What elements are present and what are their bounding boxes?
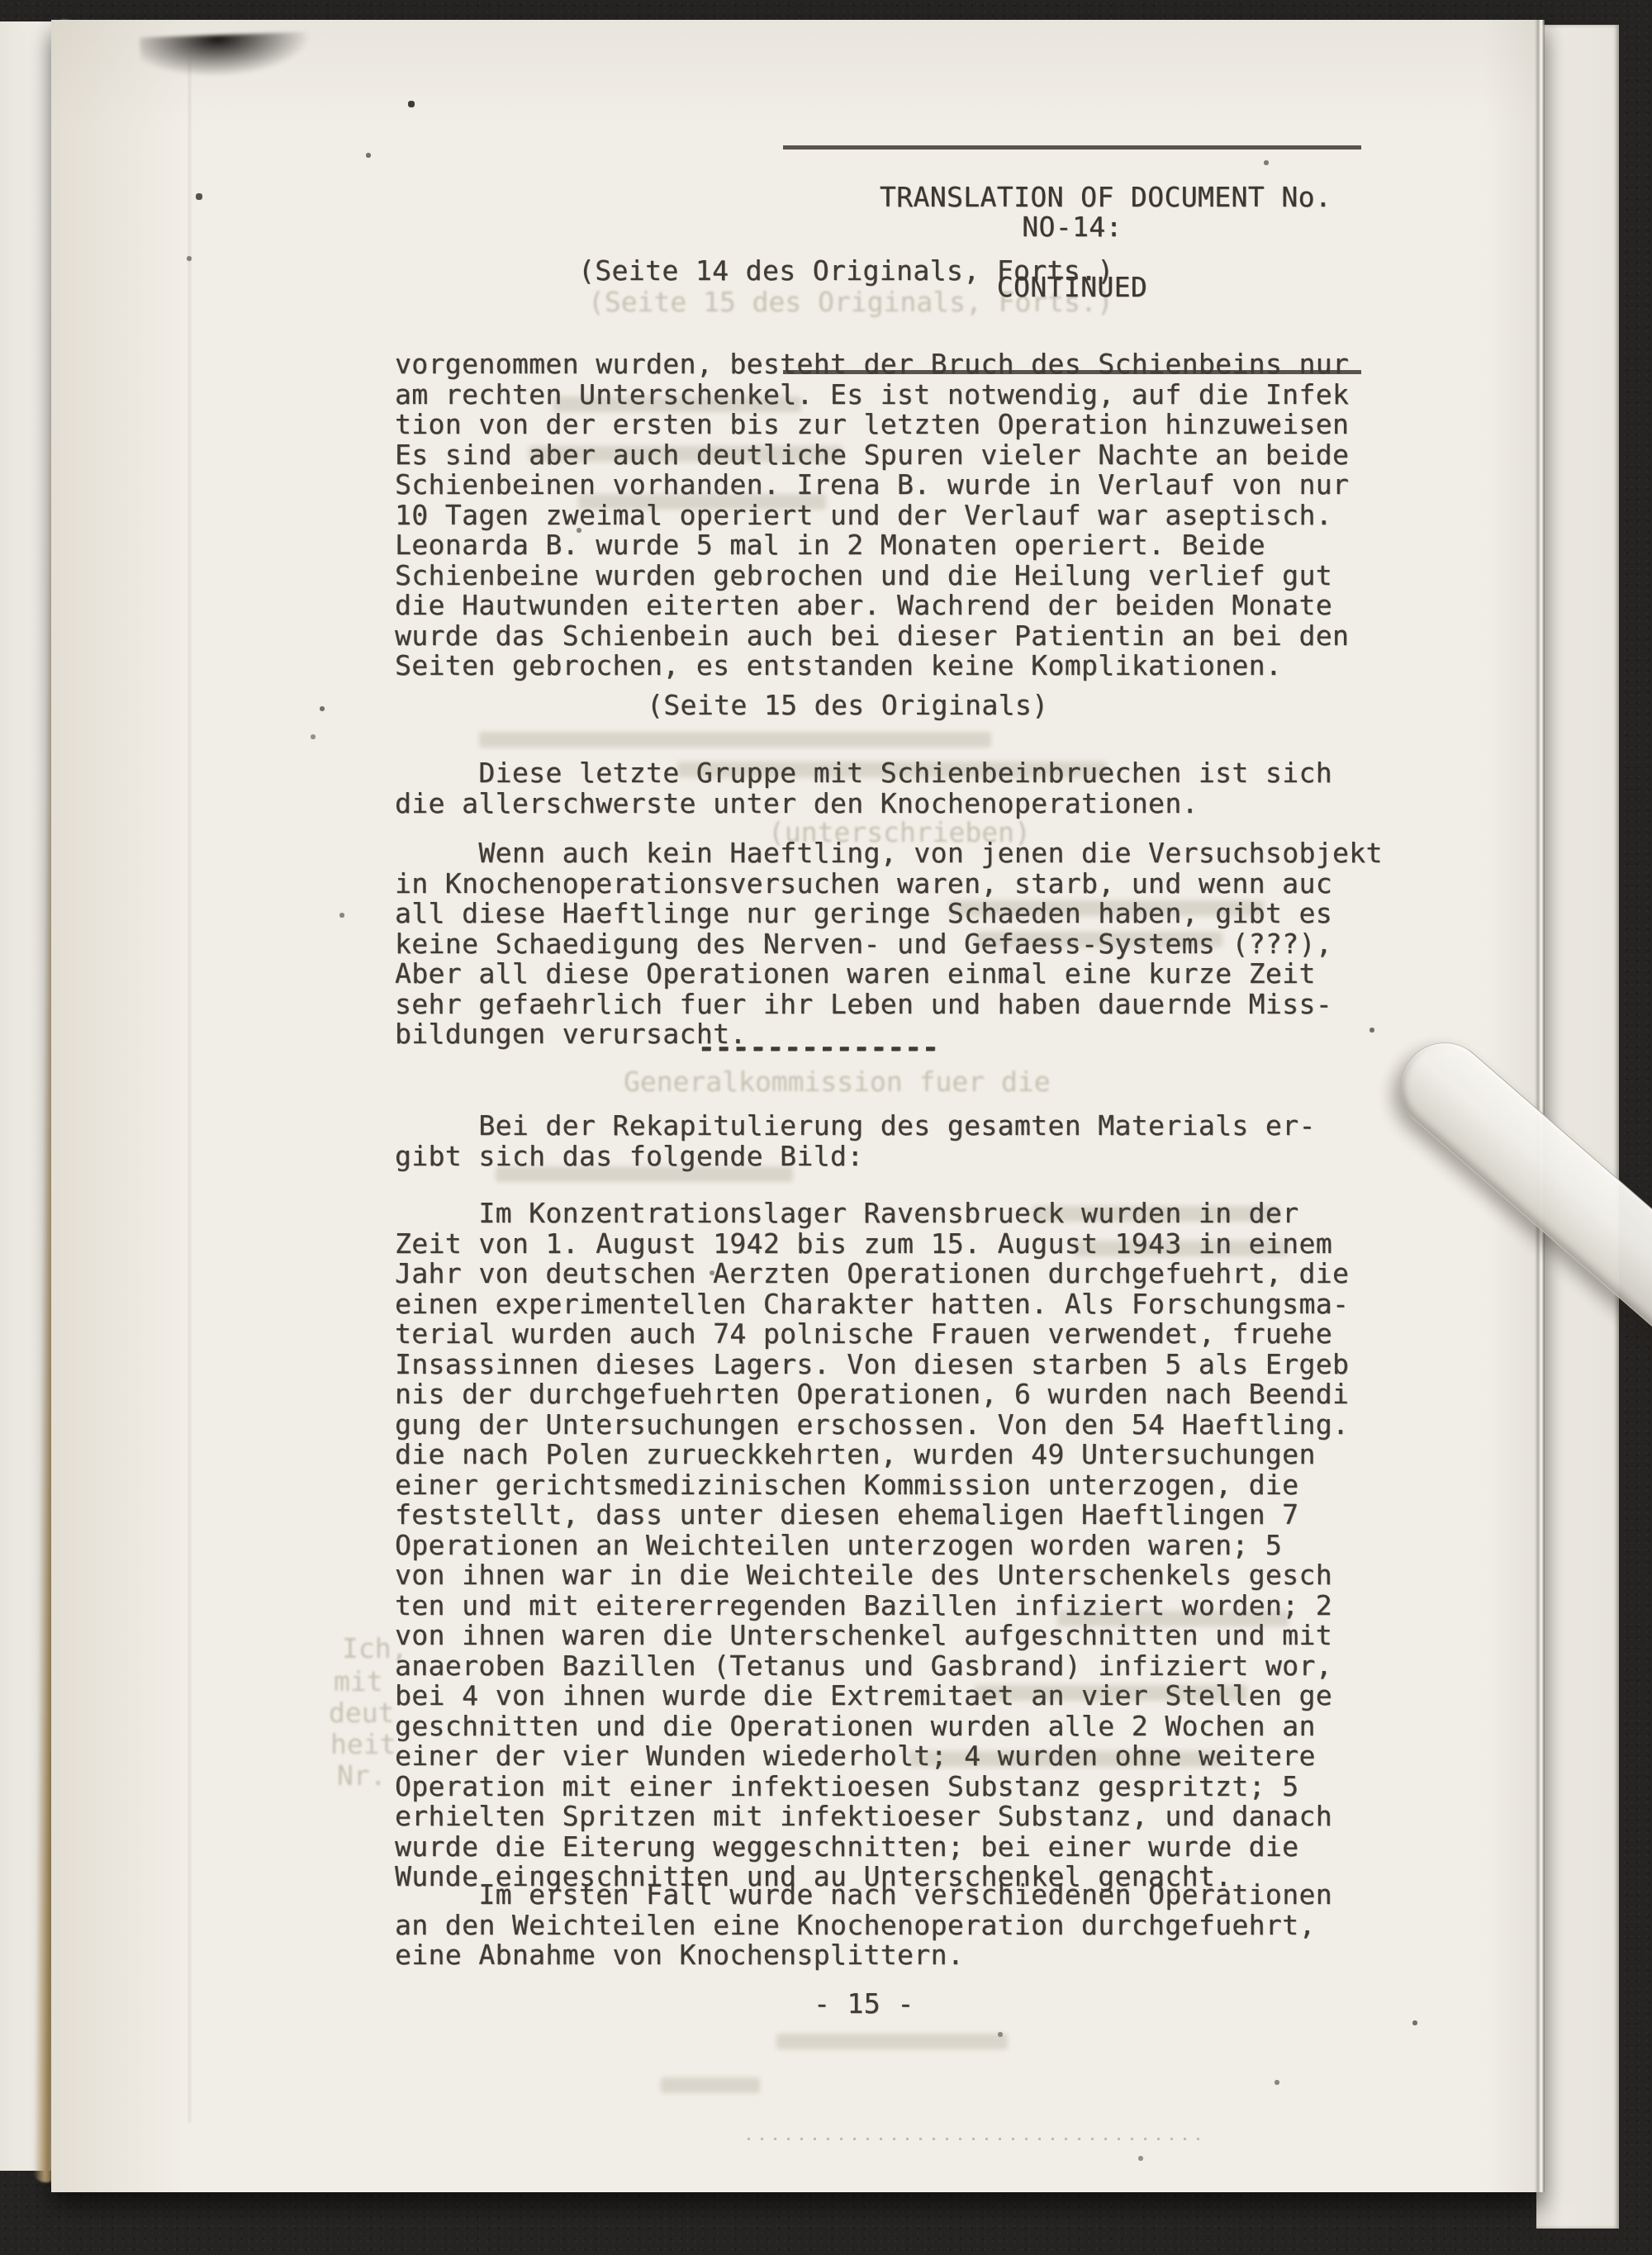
paragraph-letzte-gruppe: Diese letzte Gruppe mit Schienbeinbruech…	[395, 758, 1394, 819]
bleedthrough-margin-word: deut	[329, 1698, 394, 1728]
paragraph-haeftling: Wenn auch kein Haeftling, von jenen die …	[395, 838, 1394, 1050]
header-title: TRANSLATION OF DOCUMENT No. NO-14:	[880, 181, 1349, 244]
page-curl-shadow	[140, 31, 315, 80]
paragraph-erster-fall: Im ersten Fall wurde nach verschiedenen …	[395, 1880, 1394, 1971]
paragraph-ravensbrueck-summary: Im Konzentrationslager Ravensbrueck wurd…	[395, 1199, 1398, 1892]
paper-speckles	[0, 0, 2, 2]
bleedthrough-margin-word: heit	[330, 1730, 396, 1759]
paragraph-schienbein: vorgenommen wurden, besteht der Bruch de…	[395, 349, 1394, 681]
bleedthrough-margin-word: Nr.	[337, 1761, 387, 1791]
document-scan: (Seite 15 des Originals, Forts.) (unters…	[0, 0, 1652, 2255]
seite-15-heading: (Seite 15 des Originals)	[647, 691, 1048, 721]
page-number: - 15 -	[814, 1989, 914, 2020]
bleedthrough-dotted-line	[748, 2138, 1210, 2140]
bleedthrough-artifact	[479, 732, 991, 748]
bleedthrough-artifact	[661, 2077, 760, 2093]
dashed-separator: --------------	[698, 1033, 939, 1063]
bleedthrough-margin-word: mit	[334, 1667, 383, 1697]
seite-14-heading: (Seite 14 des Originals, Forts.)	[578, 256, 1114, 287]
paragraph-rekapitulierung: Bei der Rekapitulierung des gesamten Mat…	[395, 1111, 1394, 1171]
bleedthrough-artifact	[776, 2034, 1008, 2049]
bleedthrough-generalkommission: Generalkommission fuer die	[624, 1067, 1051, 1097]
scan-streak	[188, 58, 191, 2123]
